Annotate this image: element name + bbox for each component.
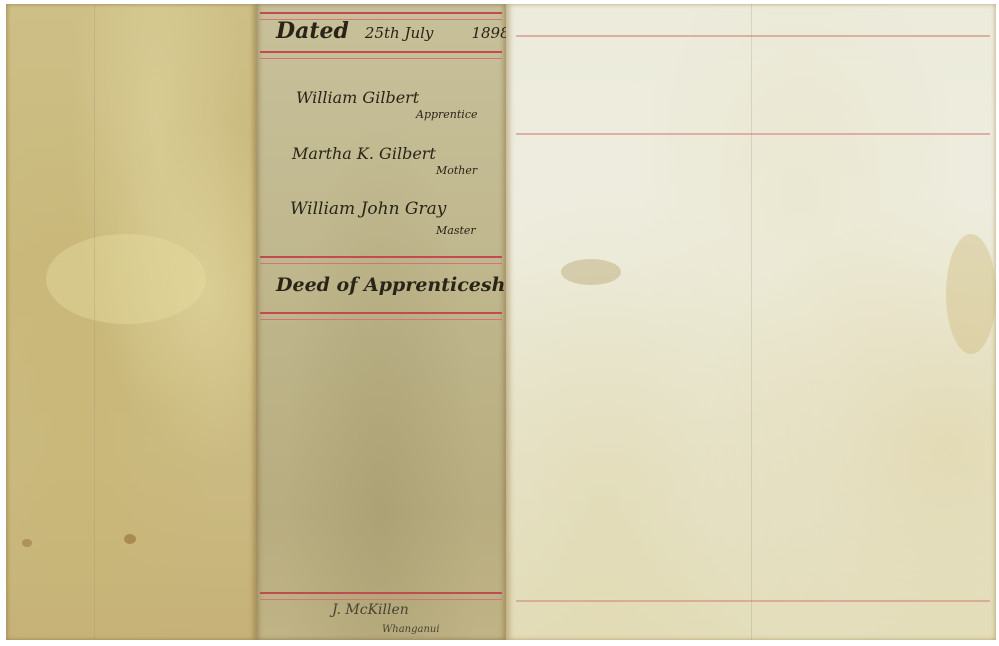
party-name: Martha K. Gilbert [292,144,436,163]
water-stain [46,234,206,324]
spot-stain [22,539,32,547]
year-text: 1898 [471,24,509,42]
party-role: Mother [436,164,477,177]
docket-panel: Dated 25th July 1898 William Gilbert App… [256,4,506,640]
spot-stain [124,534,136,544]
title-top-red-rule [260,256,502,264]
water-stain [946,234,996,354]
date-red-rule [260,51,502,59]
document-title: Deed of Apprenticeship [276,274,526,296]
dated-line: Dated 25th July 1898 [276,18,510,44]
fold-crease [751,4,752,640]
faint-red-rule [516,133,990,135]
endorsement-place: Whanganui [382,624,440,635]
party-role: Master [436,224,476,237]
bottom-red-rule [260,592,502,600]
dated-label: Dated [276,18,349,44]
fold-crease [94,4,95,640]
title-bottom-red-rule [260,312,502,320]
faint-red-rule [516,35,990,37]
left-blank-panel [6,4,256,640]
folded-document: Dated 25th July 1898 William Gilbert App… [6,4,996,640]
faint-red-rule [516,600,990,602]
party-name: William John Gray [290,199,446,219]
party-role: Apprentice [416,108,478,121]
right-blank-panel [506,4,996,640]
date-text: 25th July [365,24,434,42]
endorsement-name: J. McKillen [332,602,409,618]
water-stain [561,259,621,285]
party-name: William Gilbert [296,88,419,107]
